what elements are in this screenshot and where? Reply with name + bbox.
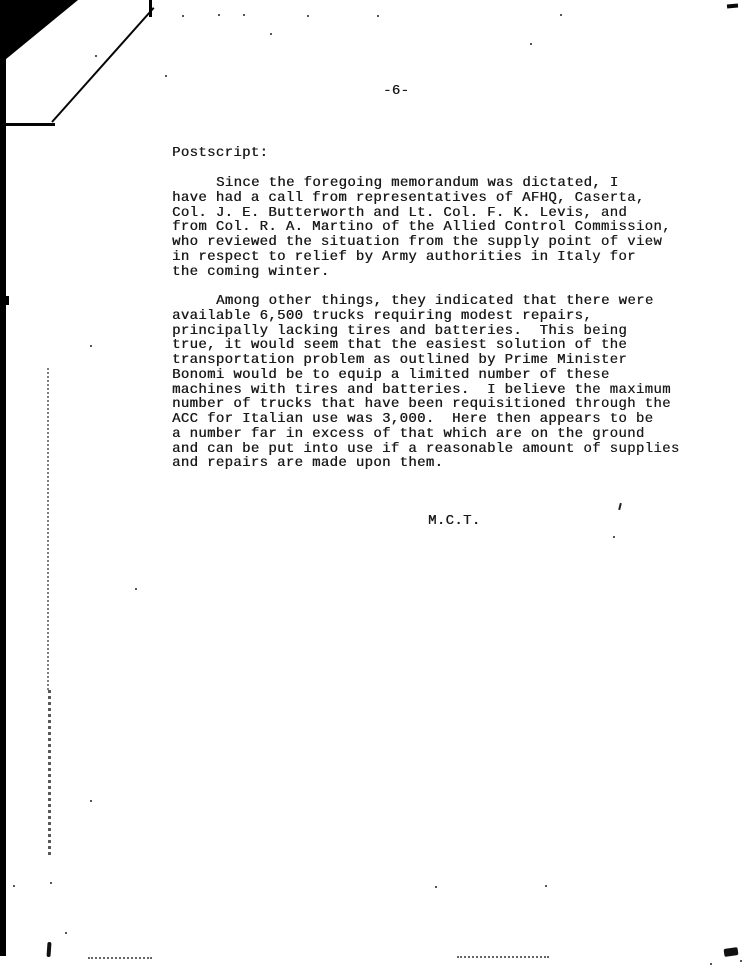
text-line: Bonomi would be to equip a limited numbe… — [172, 368, 680, 383]
postscript-heading: Postscript: — [172, 146, 268, 161]
scan-speck — [270, 33, 272, 35]
text-line: ACC for Italian use was 3,000. Here then… — [172, 412, 680, 427]
scan-speck — [182, 15, 184, 17]
text-line: true, it would seem that the easiest sol… — [172, 338, 680, 353]
scan-artifact-bottom-dashes-left — [88, 957, 152, 959]
text-line: Among other things, they indicated that … — [172, 294, 680, 309]
scan-speck — [613, 536, 615, 538]
text-line: principally lacking tires and batteries.… — [172, 324, 680, 339]
scan-speck — [135, 588, 137, 590]
scan-speck — [740, 960, 742, 962]
scan-speck — [95, 55, 97, 57]
scan-artifact-crease-diagonal — [51, 7, 154, 123]
scan-artifact-top-tick — [149, 0, 152, 17]
scan-speck — [50, 882, 52, 884]
scan-speck — [90, 345, 92, 347]
scan-artifact-dotted-line-upper — [47, 368, 49, 690]
text-line: available 6,500 trucks requiring modest … — [172, 309, 680, 324]
text-line: from Col. R. A. Martino of the Allied Co… — [172, 220, 671, 235]
text-line: Since the foregoing memorandum was dicta… — [172, 176, 671, 191]
scan-speck — [435, 886, 437, 888]
scan-speck — [218, 14, 220, 16]
scan-artifact-bottom-squiggle — [46, 942, 51, 957]
text-line: and repairs are made upon them. — [172, 456, 680, 471]
scan-speck — [65, 932, 67, 934]
text-line: and can be put into use if a reasonable … — [172, 442, 680, 457]
scan-artifact-top-right-mark — [727, 4, 738, 9]
scan-speck — [530, 43, 532, 45]
scan-speck — [560, 14, 562, 16]
scan-artifact-bottom-dashes-right — [457, 956, 549, 958]
scan-artifact-stray-mark — [618, 503, 622, 510]
scan-artifact-crease-horizontal — [2, 123, 55, 126]
scan-speck — [307, 15, 309, 17]
text-line: Col. J. E. Butterworth and Lt. Col. F. K… — [172, 206, 671, 221]
scan-speck — [710, 963, 712, 965]
scan-artifact-dotted-line-lower — [48, 690, 51, 855]
text-line: machines with tires and batteries. I bel… — [172, 383, 680, 398]
scanned-page: -6- Postscript: Since the foregoing memo… — [0, 0, 750, 972]
text-line: number of trucks that have been requisit… — [172, 397, 680, 412]
scan-artifact-left-edge — [0, 0, 6, 956]
text-line: who reviewed the situation from the supp… — [172, 235, 671, 250]
text-line: the coming winter. — [172, 265, 671, 280]
scan-artifact-edge-notch — [0, 296, 9, 305]
signature-initials: M.C.T. — [428, 514, 481, 529]
text-line: transportation problem as outlined by Pr… — [172, 353, 680, 368]
scan-speck — [165, 75, 167, 77]
scan-artifact-corner-fold — [0, 0, 80, 66]
text-line: a number far in excess of that which are… — [172, 427, 680, 442]
scan-speck — [545, 885, 547, 887]
text-line: have had a call from representatives of … — [172, 191, 671, 206]
scan-speck — [90, 800, 92, 802]
paragraph-1: Since the foregoing memorandum was dicta… — [172, 176, 671, 279]
scan-speck — [377, 15, 379, 17]
scan-speck — [243, 14, 245, 16]
page-number: -6- — [383, 84, 409, 99]
scan-artifact-bottom-smudge — [724, 947, 739, 957]
text-line: in respect to relief by Army authorities… — [172, 250, 671, 265]
scan-speck — [13, 885, 15, 887]
paragraph-2: Among other things, they indicated that … — [172, 294, 680, 471]
